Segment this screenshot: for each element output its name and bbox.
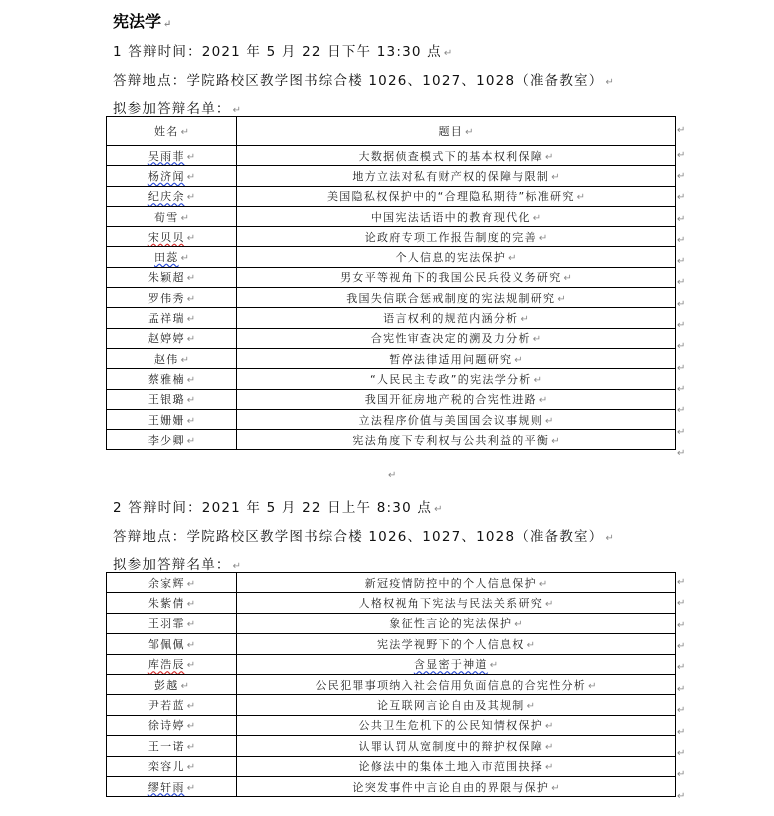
paragraph-mark: ↵ xyxy=(187,172,195,183)
paragraph-mark: ↵ xyxy=(551,436,559,447)
cell-topic: 论政府专项工作报告制度的完善↵ xyxy=(237,227,676,247)
paragraph-mark: ↵ xyxy=(677,706,685,716)
thesis-topic: 暂停法律适用问题研究 xyxy=(389,353,512,366)
student-name: 李少卿 xyxy=(148,434,185,447)
thesis-topic: 含显密于神道 xyxy=(414,658,488,671)
paragraph-mark: ↵ xyxy=(551,783,559,794)
paragraph-mark: ↵ xyxy=(187,742,195,753)
paragraph-mark: ↵ xyxy=(677,385,685,395)
paragraph-mark: ↵ xyxy=(545,599,553,610)
table-row: 纪庆余↵美国隐私权保护中的“合理隐私期待”标准研究↵ xyxy=(107,186,676,206)
cell-name: 朱颖超↵ xyxy=(107,267,237,287)
paragraph-mark: ↵ xyxy=(527,640,535,651)
thesis-topic: 地方立法对私有财产权的保障与限制 xyxy=(352,170,549,183)
table-row: 蔡雅楠↵“人民民主专政”的宪法学分析↵ xyxy=(107,369,676,389)
thesis-topic: 认罪认罚从宽制度中的辩护权保障 xyxy=(359,740,544,753)
paragraph-mark: ↵ xyxy=(539,233,547,244)
cell-name: 彭越↵ xyxy=(107,674,237,694)
paragraph-mark: ↵ xyxy=(187,436,195,447)
paragraph-mark: ↵ xyxy=(677,364,685,374)
paragraph-mark: ↵ xyxy=(677,236,685,246)
paragraph-mark: ↵ xyxy=(677,406,685,416)
student-name: 尹若蓝 xyxy=(148,699,185,712)
cell-name: 余家辉↵ xyxy=(107,573,237,593)
paragraph-mark: ↵ xyxy=(677,193,685,203)
session2-list-label: 拟参加答辩名单：↵ xyxy=(113,553,241,573)
cell-topic: 语言权利的规范内涵分析↵ xyxy=(237,308,676,328)
cell-name: 王姗姗↵ xyxy=(107,409,237,429)
student-name: 王姗姗 xyxy=(148,414,185,427)
session1-location: 答辩地点：学院路校区教学图书综合楼 1026、1027、1028（准备教室）↵ xyxy=(113,69,614,89)
table-row: 王一诺↵认罪认罚从宽制度中的辩护权保障↵ xyxy=(107,736,676,756)
thesis-topic: 论互联网言论自由及其规制 xyxy=(377,699,525,712)
paragraph-mark: ↵ xyxy=(534,375,542,386)
paragraph-mark: ↵ xyxy=(677,342,685,352)
thesis-topic: “人民民主专政”的宪法学分析 xyxy=(370,373,532,386)
paragraph-mark: ↵ xyxy=(545,742,553,753)
paragraph-mark: ↵ xyxy=(677,792,685,802)
cell-topic: 宪法学视野下的个人信息权↵ xyxy=(237,634,676,654)
paragraph-mark: ↵ xyxy=(533,213,541,224)
cell-topic: 宪法角度下专利权与公共利益的平衡↵ xyxy=(237,430,676,450)
thesis-topic: 合宪性审查决定的溯及力分析 xyxy=(371,332,531,345)
table-row: 吴雨菲↵大数据侦查模式下的基本权利保障↵ xyxy=(107,146,676,166)
student-name: 杨济闻 xyxy=(148,170,185,183)
thesis-topic: 语言权利的规范内涵分析 xyxy=(383,312,518,325)
cell-name: 库浩辰↵ xyxy=(107,654,237,674)
paragraph-mark: ↵ xyxy=(187,273,195,284)
cell-topic: 美国隐私权保护中的“合理隐私期待”标准研究↵ xyxy=(237,186,676,206)
cell-topic: 论互联网言论自由及其规制↵ xyxy=(237,695,676,715)
paragraph-mark: ↵ xyxy=(187,619,195,630)
paragraph-mark: ↵ xyxy=(187,579,195,590)
cell-name: 栾容儿↵ xyxy=(107,756,237,776)
thesis-topic: 个人信息的宪法保护 xyxy=(395,251,506,264)
thesis-topic: 论突发事件中言论自由的界限与保护 xyxy=(352,781,549,794)
paragraph-mark: ↵ xyxy=(677,300,685,310)
paragraph-mark: ↵ xyxy=(181,681,189,692)
table-row: 缪轩雨↵论突发事件中言论自由的界限与保护↵ xyxy=(107,776,676,796)
cell-name: 纪庆余↵ xyxy=(107,186,237,206)
cell-topic: 新冠疫情防控中的个人信息保护↵ xyxy=(237,573,676,593)
cell-topic: 个人信息的宪法保护↵ xyxy=(237,247,676,267)
session2-table: 余家辉↵新冠疫情防控中的个人信息保护↵朱紫倩↵人格权视角下宪法与民法关系研究↵王… xyxy=(106,572,676,797)
paragraph-mark: ↵ xyxy=(187,599,195,610)
cell-name: 荀雪↵ xyxy=(107,206,237,226)
cell-name: 王一诺↵ xyxy=(107,736,237,756)
cell-name: 徐诗婷↵ xyxy=(107,715,237,735)
thesis-topic: 人格权视角下宪法与民法关系研究 xyxy=(359,597,544,610)
paragraph-mark: ↵ xyxy=(181,253,189,264)
table-row: 宋贝贝↵论政府专项工作报告制度的完善↵ xyxy=(107,227,676,247)
session1-table: 姓名↵ 题目↵ 吴雨菲↵大数据侦查模式下的基本权利保障↵杨济闻↵地方立法对私有财… xyxy=(106,116,676,450)
paragraph-mark: ↵ xyxy=(187,701,195,712)
student-name: 田蕊 xyxy=(154,251,179,264)
cell-topic: 我国开征房地产税的合宪性进路↵ xyxy=(237,389,676,409)
cell-topic: 地方立法对私有财产权的保障与限制↵ xyxy=(237,166,676,186)
cell-name: 李少卿↵ xyxy=(107,430,237,450)
paragraph-mark: ↵ xyxy=(677,428,685,438)
paragraph-mark: ↵ xyxy=(677,770,685,780)
thesis-topic: 宪法学视野下的个人信息权 xyxy=(377,638,525,651)
student-name: 彭越 xyxy=(154,679,179,692)
paragraph-mark: ↵ xyxy=(677,621,685,631)
document-title: 宪法学↵ xyxy=(113,9,171,32)
paragraph-mark: ↵ xyxy=(388,470,396,481)
paragraph-mark: ↵ xyxy=(557,294,565,305)
cell-topic: 认罪认罚从宽制度中的辩护权保障↵ xyxy=(237,736,676,756)
paragraph-mark: ↵ xyxy=(533,334,541,345)
table-row: 王羽霏↵象征性言论的宪法保护↵ xyxy=(107,613,676,633)
paragraph-mark: ↵ xyxy=(677,578,685,588)
cell-name: 赵婷婷↵ xyxy=(107,328,237,348)
paragraph-mark: ↵ xyxy=(490,660,498,671)
session2-location: 答辩地点：学院路校区教学图书综合楼 1026、1027、1028（准备教室）↵ xyxy=(113,525,614,545)
cell-topic: 论修法中的集体土地入市范围抉择↵ xyxy=(237,756,676,776)
student-name: 蔡雅楠 xyxy=(148,373,185,386)
cell-topic: 暂停法律适用问题研究↵ xyxy=(237,348,676,368)
table-row: 朱颖超↵男女平等视角下的我国公民兵役义务研究↵ xyxy=(107,267,676,287)
paragraph-mark: ↵ xyxy=(187,783,195,794)
student-name: 王银璐 xyxy=(148,393,185,406)
table-row: 罗伟秀↵我国失信联合惩戒制度的宪法规制研究↵ xyxy=(107,288,676,308)
paragraph-mark: ↵ xyxy=(677,151,685,161)
paragraph-mark: ↵ xyxy=(187,395,195,406)
thesis-topic: 公共卫生危机下的公民知情权保护 xyxy=(359,719,544,732)
student-name: 栾容儿 xyxy=(148,760,185,773)
paragraph-mark: ↵ xyxy=(508,253,516,264)
cell-name: 杨济闻↵ xyxy=(107,166,237,186)
student-name: 王羽霏 xyxy=(148,617,185,630)
paragraph-mark: ↵ xyxy=(545,152,553,163)
thesis-topic: 论政府专项工作报告制度的完善 xyxy=(365,231,537,244)
cell-topic: 合宪性审查决定的溯及力分析↵ xyxy=(237,328,676,348)
table-row: 尹若蓝↵论互联网言论自由及其规制↵ xyxy=(107,695,676,715)
table-row: 库浩辰↵含显密于神道↵ xyxy=(107,654,676,674)
cell-name: 蔡雅楠↵ xyxy=(107,369,237,389)
student-name: 朱颖超 xyxy=(148,271,185,284)
table-row: 杨济闻↵地方立法对私有财产权的保障与限制↵ xyxy=(107,166,676,186)
student-name: 吴雨菲 xyxy=(148,150,185,163)
paragraph-mark: ↵ xyxy=(514,355,522,366)
paragraph-mark: ↵ xyxy=(187,721,195,732)
paragraph-mark: ↵ xyxy=(187,192,195,203)
student-name: 缪轩雨 xyxy=(148,781,185,794)
paragraph-mark: ↵ xyxy=(677,215,685,225)
student-name: 余家辉 xyxy=(148,577,185,590)
thesis-topic: 中国宪法话语中的教育现代化 xyxy=(371,211,531,224)
session2-time: 2 答辩时间：2021 年 5 月 22 日上午 8:30 点↵ xyxy=(113,496,442,516)
table-row: 徐诗婷↵公共卫生危机下的公民知情权保护↵ xyxy=(107,715,676,735)
cell-topic: 我国失信联合惩戒制度的宪法规制研究↵ xyxy=(237,288,676,308)
paragraph-mark: ↵ xyxy=(187,294,195,305)
paragraph-mark: ↵ xyxy=(677,321,685,331)
thesis-topic: 立法程序价值与美国国会议事规则 xyxy=(359,414,544,427)
paragraph-mark: ↵ xyxy=(677,278,685,288)
table-row: 朱紫倩↵人格权视角下宪法与民法关系研究↵ xyxy=(107,593,676,613)
thesis-topic: 象征性言论的宪法保护 xyxy=(389,617,512,630)
paragraph-mark: ↵ xyxy=(577,192,585,203)
table-row: 邹佩佩↵宪法学视野下的个人信息权↵ xyxy=(107,634,676,654)
table-row: 田蕊↵个人信息的宪法保护↵ xyxy=(107,247,676,267)
cell-name: 罗伟秀↵ xyxy=(107,288,237,308)
thesis-topic: 我国失信联合惩戒制度的宪法规制研究 xyxy=(346,292,555,305)
paragraph-mark: ↵ xyxy=(181,213,189,224)
table-row: 余家辉↵新冠疫情防控中的个人信息保护↵ xyxy=(107,573,676,593)
thesis-topic: 新冠疫情防控中的个人信息保护 xyxy=(365,577,537,590)
paragraph-mark: ↵ xyxy=(677,599,685,609)
student-name: 朱紫倩 xyxy=(148,597,185,610)
thesis-topic: 男女平等视角下的我国公民兵役义务研究 xyxy=(340,271,561,284)
table-row: 赵婷婷↵合宪性审查决定的溯及力分析↵ xyxy=(107,328,676,348)
table-row: 王姗姗↵立法程序价值与美国国会议事规则↵ xyxy=(107,409,676,429)
session1-list-label: 拟参加答辩名单：↵ xyxy=(113,97,241,117)
thesis-topic: 宪法角度下专利权与公共利益的平衡 xyxy=(352,434,549,447)
paragraph-mark: ↵ xyxy=(545,416,553,427)
cell-name: 赵伟↵ xyxy=(107,348,237,368)
student-name: 荀雪 xyxy=(154,211,179,224)
thesis-topic: 我国开征房地产税的合宪性进路 xyxy=(365,393,537,406)
cell-topic: 中国宪法话语中的教育现代化↵ xyxy=(237,206,676,226)
cell-name: 尹若蓝↵ xyxy=(107,695,237,715)
paragraph-mark: ↵ xyxy=(520,314,528,325)
header-name: 姓名↵ xyxy=(107,117,237,146)
cell-topic: “人民民主专政”的宪法学分析↵ xyxy=(237,369,676,389)
student-name: 王一诺 xyxy=(148,740,185,753)
paragraph-mark: ↵ xyxy=(187,314,195,325)
student-name: 徐诗婷 xyxy=(148,719,185,732)
paragraph-mark: ↵ xyxy=(187,762,195,773)
paragraph-mark: ↵ xyxy=(677,172,685,182)
paragraph-mark: ↵ xyxy=(545,721,553,732)
table-row: 王银璐↵我国开征房地产税的合宪性进路↵ xyxy=(107,389,676,409)
paragraph-mark: ↵ xyxy=(551,172,559,183)
paragraph-mark: ↵ xyxy=(677,257,685,267)
student-name: 罗伟秀 xyxy=(148,292,185,305)
cell-name: 王羽霏↵ xyxy=(107,613,237,633)
paragraph-mark: ↵ xyxy=(677,685,685,695)
session1-time: 1 答辩时间：2021 年 5 月 22 日下午 13:30 点↵ xyxy=(113,40,452,60)
student-name: 库浩辰 xyxy=(148,658,185,671)
student-name: 邹佩佩 xyxy=(148,638,185,651)
paragraph-mark: ↵ xyxy=(677,728,685,738)
thesis-topic: 论修法中的集体土地入市范围抉择 xyxy=(359,760,544,773)
paragraph-mark: ↵ xyxy=(677,663,685,673)
paragraph-mark: ↵ xyxy=(187,375,195,386)
cell-topic: 男女平等视角下的我国公民兵役义务研究↵ xyxy=(237,267,676,287)
header-topic: 题目↵ xyxy=(237,117,676,146)
paragraph-mark: ↵ xyxy=(514,619,522,630)
paragraph-mark: ↵ xyxy=(181,355,189,366)
cell-name: 邹佩佩↵ xyxy=(107,634,237,654)
cell-name: 王银璐↵ xyxy=(107,389,237,409)
table-row: 赵伟↵暂停法律适用问题研究↵ xyxy=(107,348,676,368)
paragraph-mark: ↵ xyxy=(187,640,195,651)
cell-topic: 公民犯罪事项纳入社会信用负面信息的合宪性分析↵ xyxy=(237,674,676,694)
paragraph-mark: ↵ xyxy=(187,334,195,345)
cell-topic: 公共卫生危机下的公民知情权保护↵ xyxy=(237,715,676,735)
table-row: 栾容儿↵论修法中的集体土地入市范围抉择↵ xyxy=(107,756,676,776)
cell-name: 朱紫倩↵ xyxy=(107,593,237,613)
paragraph-mark: ↵ xyxy=(539,395,547,406)
paragraph-mark: ↵ xyxy=(677,642,685,652)
table-row: 孟祥瑞↵语言权利的规范内涵分析↵ xyxy=(107,308,676,328)
paragraph-mark: ↵ xyxy=(677,126,685,136)
cell-name: 缪轩雨↵ xyxy=(107,776,237,796)
paragraph-mark: ↵ xyxy=(588,681,596,692)
paragraph-mark: ↵ xyxy=(187,152,195,163)
cell-name: 宋贝贝↵ xyxy=(107,227,237,247)
student-name: 赵伟 xyxy=(154,353,179,366)
thesis-topic: 美国隐私权保护中的“合理隐私期待”标准研究 xyxy=(327,190,575,203)
paragraph-mark: ↵ xyxy=(187,660,195,671)
cell-topic: 立法程序价值与美国国会议事规则↵ xyxy=(237,409,676,429)
table-row: 荀雪↵中国宪法话语中的教育现代化↵ xyxy=(107,206,676,226)
cell-topic: 论突发事件中言论自由的界限与保护↵ xyxy=(237,776,676,796)
cell-topic: 含显密于神道↵ xyxy=(237,654,676,674)
cell-name: 吴雨菲↵ xyxy=(107,146,237,166)
cell-name: 田蕊↵ xyxy=(107,247,237,267)
paragraph-mark: ↵ xyxy=(527,701,535,712)
paragraph-mark: ↵ xyxy=(545,762,553,773)
paragraph-mark: ↵ xyxy=(564,273,572,284)
paragraph-mark: ↵ xyxy=(187,416,195,427)
student-name: 孟祥瑞 xyxy=(148,312,185,325)
paragraph-mark: ↵ xyxy=(677,749,685,759)
thesis-topic: 大数据侦查模式下的基本权利保障 xyxy=(359,150,544,163)
cell-name: 孟祥瑞↵ xyxy=(107,308,237,328)
cell-topic: 大数据侦查模式下的基本权利保障↵ xyxy=(237,146,676,166)
student-name: 纪庆余 xyxy=(148,190,185,203)
table-row: 李少卿↵宪法角度下专利权与公共利益的平衡↵ xyxy=(107,430,676,450)
student-name: 宋贝贝 xyxy=(148,231,185,244)
paragraph-mark: ↵ xyxy=(677,449,685,459)
table-row: 彭越↵公民犯罪事项纳入社会信用负面信息的合宪性分析↵ xyxy=(107,674,676,694)
paragraph-mark: ↵ xyxy=(187,233,195,244)
thesis-topic: 公民犯罪事项纳入社会信用负面信息的合宪性分析 xyxy=(316,679,587,692)
cell-topic: 人格权视角下宪法与民法关系研究↵ xyxy=(237,593,676,613)
paragraph-mark: ↵ xyxy=(539,579,547,590)
table-header-row: 姓名↵ 题目↵ xyxy=(107,117,676,146)
student-name: 赵婷婷 xyxy=(148,332,185,345)
cell-topic: 象征性言论的宪法保护↵ xyxy=(237,613,676,633)
